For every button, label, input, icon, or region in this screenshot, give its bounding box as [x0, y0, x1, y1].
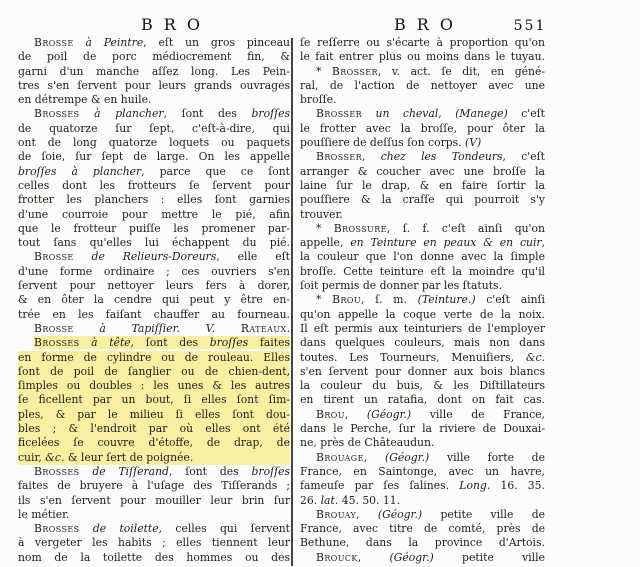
text-line: Brosses de toilette, celles qui ſervent [18, 522, 290, 536]
text-line: d'une courroie pour mettre le pié, afin [18, 208, 290, 222]
text-line: tres s'en ſervent pour leurs grands ouvr… [18, 79, 290, 93]
column-right: ſe reſſerre ou s'écarte à proportion qu'… [300, 36, 545, 565]
text-line: Brosse à Tapiſſier. V. Rateaux. [18, 322, 290, 336]
text-line: d'une forme ordinaire ; ces ouvriers s'e… [18, 265, 290, 279]
text-line: en forme de cylindre ou de rouleau. Elle… [18, 351, 290, 365]
text-line: frotter les planchers : elles ſont garni… [18, 193, 290, 207]
page-number: 551 [498, 18, 562, 34]
running-head-left: B R O [42, 15, 302, 34]
text-line: pouſſiere de deſſus ſon corps. (V) [300, 136, 545, 150]
column-divider-rule [291, 38, 293, 566]
text-line: la couleur du buis, & les Diſtillateurs [300, 379, 545, 393]
text-line: broſſe. Cette teinture eſt la moindre qu… [300, 265, 545, 279]
text-line: dans quelques couleurs, mais non dans [300, 336, 545, 350]
text-line: ral, de l'action de nettoyer avec une [300, 79, 545, 93]
text-line: broſſe. [300, 93, 545, 107]
text-line: ſervent pour nettoyer leurs fers à dorer… [18, 279, 290, 293]
text-line: en détrempe & en huile. [18, 93, 290, 107]
text-line: le frotter avec la broſſe, pour ôter la [300, 122, 545, 136]
text-line: la couleur que l'on donne avec la ſimple [300, 250, 545, 264]
text-line: France, avec titre de comté, près de [300, 522, 545, 536]
text-line: ont de long quatorze loquets ou paquets [18, 136, 290, 150]
text-line: le fait entrer plus ou moins dans le tuy… [300, 50, 545, 64]
text-line: Brosser, chez les Tondeurs, c'eſt [300, 150, 545, 164]
text-line: ſont de poil de ſanglier ou de chien-den… [18, 365, 290, 379]
column-left: Brosse à Peintre, eſt un gros pinceaude … [18, 36, 290, 565]
text-line: Brosses de Tiſſerand, ſont des broſſes [18, 465, 290, 479]
text-line: laine ſur le drap, & en faire ſortir la [300, 179, 545, 193]
text-line: cuir, &c. & leur ſert de poignée. [18, 451, 290, 465]
text-line: tout ſans qu'elles lui échappent du pié. [18, 236, 290, 250]
text-line: fameuſe par ſes ſalines. Long. 16. 35. [300, 479, 545, 493]
text-line: de ſoie, ſur ſept de large. On les appel… [18, 150, 290, 164]
text-line: ſoit permis de donner par les ſtatuts. [300, 279, 545, 293]
text-line: Brosses à tête, ſont des broſſes faites [18, 336, 290, 350]
text-line: toutes. Les Tourneurs, Menuiſiers, &c. [300, 351, 545, 365]
text-line: * Brou, ſ. m. (Teinture.) c'eſt ainſi [300, 293, 545, 307]
text-line: de poil de porc médiocrement fin, & [18, 50, 290, 64]
text-line: France, en Saintonge, avec un havre, [300, 465, 545, 479]
text-line: ſimples ou doubles : les unes & les autr… [18, 379, 290, 393]
text-line: s'en ſervent pour donner aux bois blancs [300, 365, 545, 379]
text-line: Il eſt permis aux teinturiers de l'emplo… [300, 322, 545, 336]
text-line: Brosses à plancher, ſont des broſſes [18, 107, 290, 121]
text-line: pouſſiere & la craſſe qui pourroit s'y [300, 193, 545, 207]
text-line: qu'on appelle la coque verte de la noix. [300, 308, 545, 322]
text-line: ne, près de Châteaudun. [300, 436, 545, 450]
text-line: Brosse de Relieurs-Doreurs, elle eſt [18, 250, 290, 264]
text-line: à vergeter les habits ; elles tiennent l… [18, 536, 290, 550]
text-line: 26. lat. 45. 50. 11. [300, 494, 545, 508]
text-line: & en ôter la cendre qui peut y être en- [18, 293, 290, 307]
text-line: ficelées ſe couvre d'étoffe, de drap, de [18, 436, 290, 450]
text-line: * Brosser, v. act. ſe dit, en géné- [300, 65, 545, 79]
text-line: en tirent un ratafia, dont on fait cas. [300, 393, 545, 407]
text-line: Brosse à Peintre, eſt un gros pinceau [18, 36, 290, 50]
text-line: broſſes à plancher, parce que ce ſont [18, 165, 290, 179]
text-line: ples, & par le milieu ſi elles ſont dou- [18, 408, 290, 422]
text-line: arranger & coucher avec une broſſe la [300, 165, 545, 179]
text-line: bles ; & l'endroit par où elles ont été [18, 422, 290, 436]
text-line: le métier. [18, 508, 290, 522]
highlight-span: Brosses à tête, ſont des broſſes faites [34, 336, 290, 349]
text-line: dans le Perche, ſur la riviere de Douxai… [300, 422, 545, 436]
text-line: Brouck, (Géogr.) petite ville [300, 551, 545, 565]
text-line: nom de la toilette des hommes ou des [18, 551, 290, 565]
text-line: faites de bruyere à l'uſage des Tiſſeran… [18, 479, 290, 493]
text-line: Brou, (Géogr.) ville de France, [300, 408, 545, 422]
text-line: que le frotteur puiſſe les promener par- [18, 222, 290, 236]
text-line: ſe reſſerre ou s'écarte à proportion qu'… [300, 36, 545, 50]
text-line: * Brossure, ſ. f. c'eſt ainſi qu'on [300, 222, 545, 236]
text-line: celles dont les frotteurs ſe ſervent pou… [18, 179, 290, 193]
text-line: Brosser un cheval, (Manege) c'eſt [300, 107, 545, 121]
text-line: trouver. [300, 208, 545, 222]
text-line: Bethune, dans la province d'Artois. [300, 536, 545, 550]
text-line: de quatorze ſur ſept, c'eſt-à-dire, qui [18, 122, 290, 136]
text-line: Brouage, (Géogr.) ville forte de [300, 451, 545, 465]
text-line: ils s'en ſervent pour mouiller leur brin… [18, 494, 290, 508]
text-line: trée en les faiſant chauffer au fourneau… [18, 308, 290, 322]
text-line: Brouay, (Géogr.) petite ville de [300, 508, 545, 522]
text-line: garni d'un manche aſſez long. Les Pein- [18, 65, 290, 79]
text-line: ſe ficellent par un bout, ſi elles ſont … [18, 393, 290, 407]
text-line: appelle, en Teinture en peaux & en cuir, [300, 236, 545, 250]
